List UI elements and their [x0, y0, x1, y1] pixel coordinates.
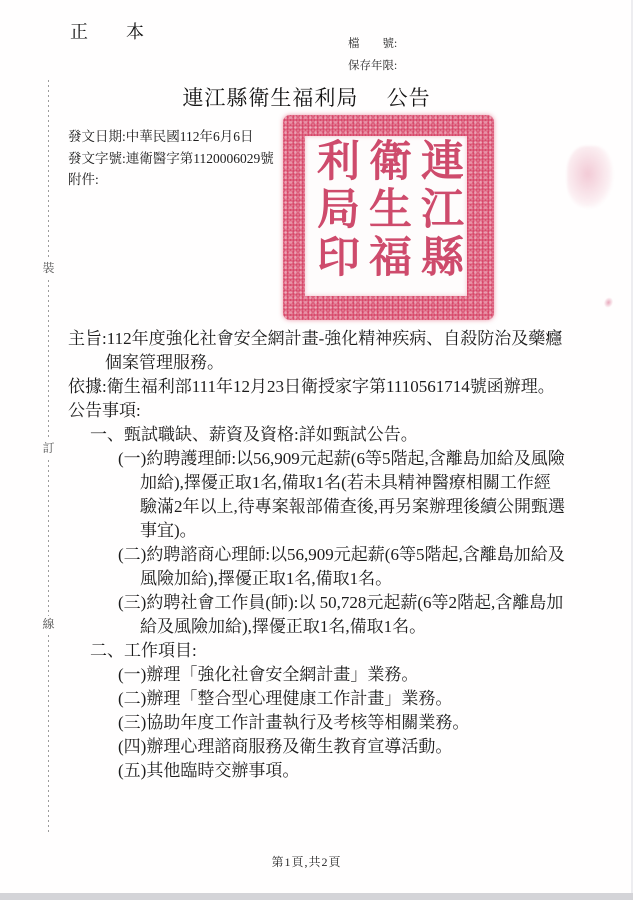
- document-title: 連江縣衛生福利局 公告: [0, 82, 613, 112]
- basis-label: 依據:: [68, 377, 107, 396]
- subject-label: 主旨:: [68, 329, 107, 348]
- document-body: 主旨:112年度強化社會安全網計畫-強化精神疾病、自殺防治及藥癮個案管理服務。 …: [68, 327, 565, 783]
- list-item-2: 二、工作項目:: [68, 639, 565, 663]
- scan-edge-bottom: [0, 893, 633, 900]
- item-text: 其他臨時交辦事項。: [146, 761, 299, 780]
- issue-number-label: 發文字號:: [68, 151, 126, 166]
- list-item-2-5: (五)其他臨時交辦事項。: [68, 759, 565, 783]
- item-number: (一): [118, 665, 146, 684]
- file-number-block: 檔 號: 保存年限:: [348, 34, 397, 77]
- list-item-1-2: (二)約聘諮商心理師:以56,909元起薪(6等5階起,含離島加給及風險加給),…: [68, 543, 565, 591]
- list-item-2-4: (四)辦理心理諮商服務及衛生教育宣導活動。: [68, 735, 565, 759]
- item-number: (四): [118, 737, 146, 756]
- list-item-2-2: (二)辦理「整合型心理健康工作計畫」業務。: [68, 687, 565, 711]
- issue-number-row: 發文字號:連衛醫字第1120006029號: [68, 148, 274, 170]
- basis-paragraph: 依據:衛生福利部111年12月23日衛授家字第1110561714號函辦理。: [68, 375, 565, 399]
- item-text: 約聘諮商心理師:以56,909元起薪(6等5階起,含離島加給及風險加給),擇優正…: [140, 545, 565, 588]
- issuance-info-block: 發文日期:中華民國112年6月6日 發文字號:連衛醫字第1120006029號 …: [68, 126, 274, 191]
- item-text: 工作項目:: [124, 641, 197, 660]
- item-text: 甄試職缺、薪資及資格:詳如甄試公告。: [124, 425, 418, 444]
- scanned-official-document: 裝 訂 線 正 本 檔 號: 保存年限: 連江縣衛生福利局 公告 發文日期:中華…: [0, 0, 633, 900]
- item-text: 協助年度工作計畫執行及考核等相關業務。: [146, 713, 469, 732]
- issue-date-label: 發文日期:: [68, 129, 126, 144]
- subject-text: 112年度強化社會安全網計畫-強化精神疾病、自殺防治及藥癮個案管理服務。: [105, 329, 562, 372]
- list-item-2-3: (三)協助年度工作計畫執行及考核等相關業務。: [68, 711, 565, 735]
- item-number: 二、: [90, 641, 124, 660]
- official-seal: 連江縣衛生福利局印: [283, 115, 494, 320]
- list-item-1: 一、甄試職缺、薪資及資格:詳如甄試公告。: [68, 423, 565, 447]
- file-number-label: 檔 號:: [348, 34, 397, 56]
- item-number: 一、: [90, 425, 124, 444]
- basis-text: 衛生福利部111年12月23日衛授家字第1110561714號函辦理。: [107, 377, 555, 396]
- item-text: 約聘護理師:以56,909元起薪(6等5階起,含離島加給及風險加給),擇優正取1…: [140, 449, 565, 540]
- ink-smudge: [567, 146, 613, 208]
- item-number: (二): [118, 545, 146, 564]
- list-item-2-1: (一)辦理「強化社會安全網計畫」業務。: [68, 663, 565, 687]
- official-seal-text: 連江縣衛生福利局印: [308, 138, 464, 294]
- item-text: 辦理「強化社會安全網計畫」業務。: [146, 665, 418, 684]
- item-number: (二): [118, 689, 146, 708]
- item-text: 辦理「整合型心理健康工作計畫」業務。: [146, 689, 452, 708]
- announcement-heading: 公告事項:: [68, 399, 565, 423]
- list-item-1-3: (三)約聘社會工作員(師):以 50,728元起薪(6等2階起,含離島加給及風險…: [68, 591, 565, 639]
- item-number: (三): [118, 713, 146, 732]
- attachment-row: 附件:: [68, 169, 274, 191]
- copy-type-label: 正 本: [70, 18, 154, 44]
- attachment-label: 附件:: [68, 172, 99, 187]
- issue-number-value: 連衛醫字第1120006029號: [126, 151, 274, 166]
- issue-date-row: 發文日期:中華民國112年6月6日: [68, 126, 274, 148]
- retention-period-label: 保存年限:: [348, 56, 397, 78]
- item-number: (三): [118, 593, 146, 612]
- list-item-1-1: (一)約聘護理師:以56,909元起薪(6等5階起,含離島加給及風險加給),擇優…: [68, 447, 565, 543]
- binding-mark-zhuang: 裝: [40, 260, 57, 277]
- item-text: 辦理心理諮商服務及衛生教育宣導活動。: [146, 737, 452, 756]
- item-text: 約聘社會工作員(師):以 50,728元起薪(6等2階起,含離島加給及風險加給)…: [140, 593, 563, 636]
- issue-date-value: 中華民國112年6月6日: [126, 129, 254, 144]
- item-number: (一): [118, 449, 146, 468]
- item-number: (五): [118, 761, 146, 780]
- subject-paragraph: 主旨:112年度強化社會安全網計畫-強化精神疾病、自殺防治及藥癮個案管理服務。: [68, 327, 565, 375]
- binding-mark-ding: 訂: [40, 440, 57, 457]
- binding-mark-xian: 線: [40, 616, 57, 633]
- ink-smudge: [602, 296, 615, 310]
- page-number-footer: 第1頁,共2頁: [0, 853, 613, 870]
- official-seal-face: 連江縣衛生福利局印: [305, 136, 467, 296]
